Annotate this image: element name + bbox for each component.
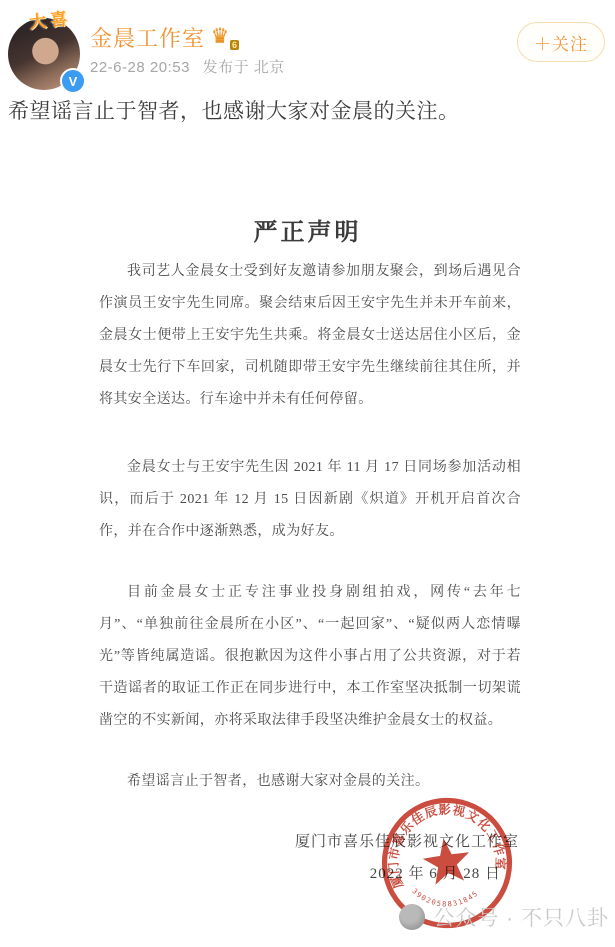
statement-title: 严正声明 <box>0 212 615 247</box>
statement-paragraph: 我司艺人金晨女士受到好友邀请参加朋友聚会，到场后遇见合作演员王安宇先生同席。聚会… <box>99 256 521 416</box>
avatar[interactable]: 大喜 V <box>8 14 84 90</box>
watermark-text: 公众号 · 不只八卦 <box>433 902 609 932</box>
vip-level-badge: 6 <box>230 40 239 50</box>
post-meta: 22-6-28 20:53 发布于 北京 <box>90 56 285 77</box>
statement-paragraph: 金晨女士与王安宇先生因 2021 年 11 月 17 日同场参加活动相识，而后于… <box>99 452 521 548</box>
author-name[interactable]: 金晨工作室 <box>90 22 205 53</box>
watermark-logo-icon <box>399 904 425 930</box>
seal-star-icon <box>420 835 473 886</box>
avatar-decoration-sticker: 大喜 <box>17 3 83 35</box>
author-line: 金晨工作室 ♛ 6 <box>90 22 237 53</box>
watermark: 公众号 · 不只八卦 <box>399 902 609 932</box>
statement-image[interactable]: 严正声明 我司艺人金晨女士受到好友邀请参加朋友聚会，到场后遇见合作演员王安宇先生… <box>0 140 615 940</box>
timestamp: 22-6-28 20:53 <box>90 59 190 76</box>
verified-badge-icon: V <box>60 68 86 94</box>
publish-location: 发布于 北京 <box>203 59 285 76</box>
follow-button[interactable]: ＋关注 <box>517 22 605 62</box>
crown-icon: ♛ <box>211 23 229 47</box>
weibo-post-card: 大喜 V 金晨工作室 ♛ 6 22-6-28 20:53 发布于 北京 ＋关注 … <box>0 0 615 947</box>
vip-crown-icon: ♛ 6 <box>211 26 237 50</box>
statement-paragraph: 目前金晨女士正专注事业投身剧组拍戏，网传“去年七月”、“单独前往金晨所在小区”、… <box>99 577 521 737</box>
post-content: 希望谣言止于智者，也感谢大家对金晨的关注。 <box>8 96 608 127</box>
